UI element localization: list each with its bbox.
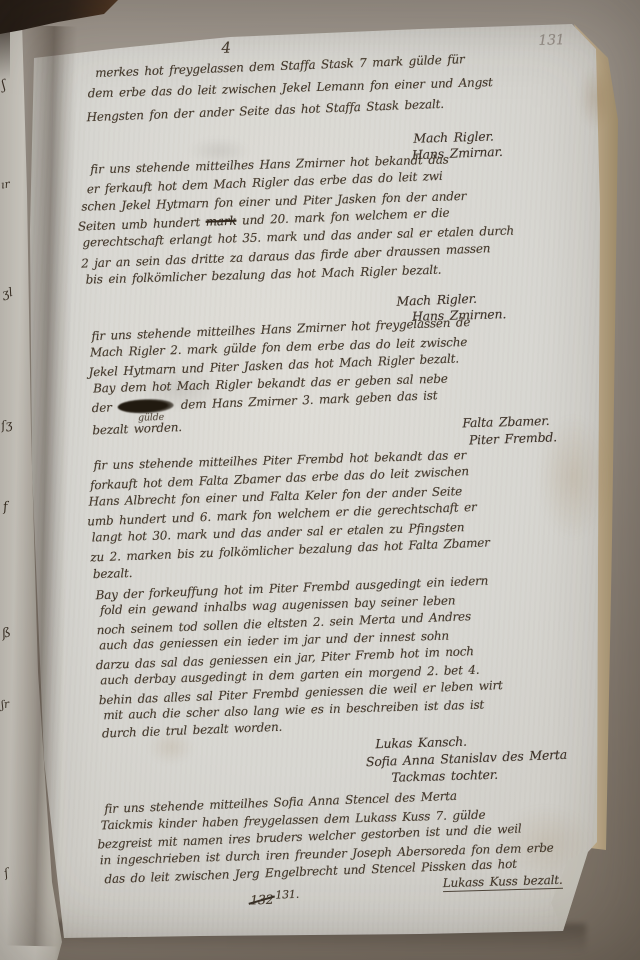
- manuscript-line: bezalt.: [93, 566, 133, 581]
- book-binding: [0, 0, 118, 34]
- edge-ink-fragment: ſʒ: [0, 417, 13, 433]
- manuscript-line: merkes hot freygelassen dem Staffa Stask…: [95, 52, 465, 80]
- line-part: der: [91, 400, 117, 415]
- folio-number-top: 131: [538, 32, 565, 49]
- line-part: und 20. mark fon welchem er die: [236, 206, 449, 228]
- signature-line: Lukas Kansch.: [375, 734, 467, 752]
- page-number: 4: [221, 39, 231, 57]
- handwriting-layer: 4 131 merkes hot freygelassen dem Staffa…: [58, 19, 634, 936]
- struck-word: mark: [205, 214, 236, 229]
- struck-folio: 132: [250, 892, 274, 908]
- signature-line: Falta Zbamer.: [462, 413, 549, 430]
- edge-ink-fragment: ır: [0, 177, 11, 191]
- photo-of-manuscript: { "meta": { "description": "Photograph o…: [0, 0, 640, 960]
- signature-line: Tackmas tochter.: [391, 767, 498, 785]
- signature-line: Mach Rigler.: [413, 129, 494, 146]
- manuscript-line: durch die trul bezalt worden.: [102, 720, 283, 741]
- manuscript-line: Hengsten fon der ander Seite das hot Sta…: [86, 97, 444, 124]
- signature-line: Mach Rigler.: [396, 291, 477, 309]
- line-part: Seiten umb hundert: [78, 215, 206, 234]
- current-folio: 131.: [275, 888, 299, 902]
- book-binding-side: [0, 0, 10, 80]
- signature-line: Piter Frembd.: [469, 429, 558, 447]
- folio-number-bottom: 132131.: [250, 891, 299, 908]
- manuscript-line: bezalt worden.: [92, 420, 182, 437]
- signature-line: Lukass Kuss bezalt.: [443, 873, 563, 892]
